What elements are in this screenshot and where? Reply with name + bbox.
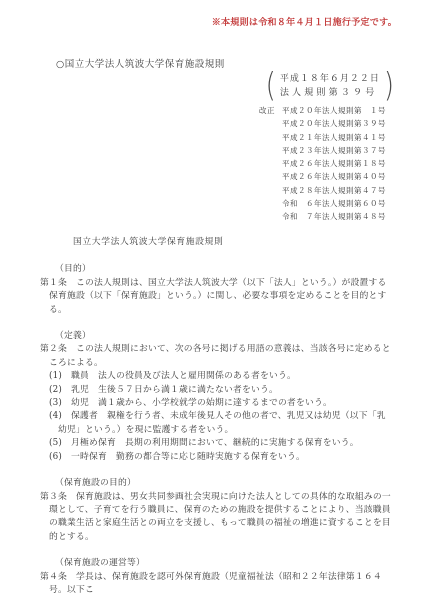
amendment-entry: 平成２６年法人規則第１８号	[282, 157, 386, 170]
article-paragraph: 第１条 この法人規則は、国立大学法人筑波大学（以下「法人」という。）が設置する保…	[40, 277, 392, 317]
section-caption: （目的）	[40, 263, 392, 276]
article-paragraph: 第３条 保育施設は、男女共同参画社会実現に向けた法人としての具体的な取組みの一環…	[40, 491, 392, 545]
item-paragraph: (3) 幼児 満１歳から、小学校就学の始期に達するまでの者をいう。	[40, 397, 392, 410]
promulgation-lines: 平成１８年６月２２日 法人規則第３９号	[280, 72, 380, 100]
section-caption: （保育施設の目的）	[40, 477, 392, 490]
document-body: 国立大学法人筑波大学保育施設規則 （目的）第１条 この法人規則は、国立大学法人筑…	[40, 236, 392, 597]
document-title: ○国立大学法人筑波大学保育施設規則	[56, 56, 225, 70]
amendment-list: 平成２０年法人規則第 １号平成２０年法人規則第３９号平成２１年法人規則第４１号平…	[282, 104, 386, 224]
item-paragraph: (5) 月極め保育 長期の利用期間において、継続的に実施する保育をいう。	[40, 437, 392, 450]
item-paragraph: (1) 職員 法人の役員及び法人と雇用関係のある者をいう。	[40, 370, 392, 383]
right-bracket-glyph: )	[384, 70, 394, 103]
regulation-section: （保育施設の目的）第３条 保育施設は、男女共同参画社会実現に向けた法人としての具…	[40, 477, 392, 544]
amendment-history: 改正 平成２０年法人規則第 １号平成２０年法人規則第３９号平成２１年法人規則第４…	[259, 104, 386, 224]
item-paragraph: (6) 一時保育 勤務の都合等に応じ随時実施する保育をいう。	[40, 451, 392, 464]
amendment-entry: 平成２１年法人規則第４１号	[282, 131, 386, 144]
promulgation-bracket-box: ( 平成１８年６月２２日 法人規則第３９号 )	[266, 72, 394, 100]
amendment-label: 改正	[259, 104, 275, 117]
promulgation-date: 平成１８年６月２２日	[280, 72, 380, 86]
document-page: ※本規則は令和８年４月１日施行予定です。 ○国立大学法人筑波大学保育施設規則 (…	[0, 0, 424, 600]
section-caption: （保育施設の運営等）	[40, 557, 392, 570]
item-paragraph: (4) 保護者 親権を行う者、未成年後見人その他の者で、乳児又は幼児（以下「乳幼…	[40, 410, 392, 437]
promulgation-block: ( 平成１８年６月２２日 法人規則第３９号 ) 改正 平成２０年法人規則第 １号…	[259, 72, 396, 224]
amendment-entry: 平成２０年法人規則第３９号	[282, 117, 386, 130]
left-bracket-glyph: (	[266, 70, 276, 103]
section-caption: （定義）	[40, 330, 392, 343]
amendment-entry: 平成２０年法人規則第 １号	[282, 104, 386, 117]
effective-date-notice: ※本規則は令和８年４月１日施行予定です。	[212, 15, 397, 28]
regulation-section: （保育施設の運営等）第４条 学長は、保育施設を認可外保育施設（児童福祉法（昭和２…	[40, 557, 392, 597]
regulation-heading: 国立大学法人筑波大学保育施設規則	[73, 236, 392, 249]
amendment-entry: 令和 ６年法人規則第６０号	[282, 197, 386, 210]
regulation-sections: （目的）第１条 この法人規則は、国立大学法人筑波大学（以下「法人」という。）が設…	[40, 263, 392, 597]
promulgation-number: 法人規則第３９号	[280, 86, 380, 100]
regulation-section: （定義）第２条 この法人規則において、次の各号に掲げる用語の意義は、当該各号に定…	[40, 330, 392, 464]
article-paragraph: 第４条 学長は、保育施設を認可外保育施設（児童福祉法（昭和２２年法律第１６４号。…	[40, 571, 392, 598]
amendment-entry: 令和 ７年法人規則第４８号	[282, 210, 386, 223]
amendment-entry: 平成２６年法人規則第４０号	[282, 170, 386, 183]
regulation-section: （目的）第１条 この法人規則は、国立大学法人筑波大学（以下「法人」という。）が設…	[40, 263, 392, 317]
item-paragraph: (2) 乳児 生後５７日から満１歳に満たない者をいう。	[40, 384, 392, 397]
article-paragraph: 第２条 この法人規則において、次の各号に掲げる用語の意義は、当該各号に定めるとこ…	[40, 343, 392, 370]
amendment-entry: 平成２３年法人規則第３７号	[282, 144, 386, 157]
amendment-entry: 平成２８年法人規則第４７号	[282, 184, 386, 197]
